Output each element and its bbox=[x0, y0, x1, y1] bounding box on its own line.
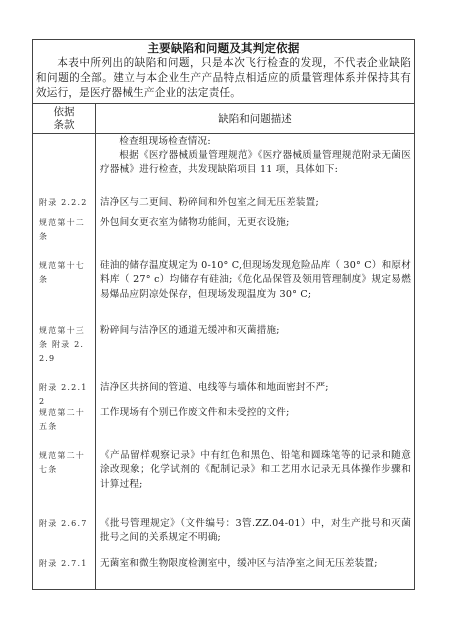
row-description: 粉碎间与洁净区的通道无缓冲和灭菌措施; bbox=[100, 324, 411, 338]
row-description: 无菌室和微生物限度检测室中，缓冲区与洁净室之间无压差装置; bbox=[100, 557, 411, 571]
row-clause: 规范第二十五条 bbox=[39, 406, 93, 434]
header-clause: 依据 条款 bbox=[33, 104, 95, 132]
intro-paragraph: 本表中所列出的缺陷和问题，只是本次飞行检查的发现，不代表企业缺陷和问题的全部。建… bbox=[33, 56, 414, 102]
row-description: 硅油的储存温度规定为 0-10° C,但现场发现危险品库（ 30° C）和原材料… bbox=[100, 259, 411, 302]
row-clause: 规范第二十七条 bbox=[39, 449, 93, 477]
intro-section: 主要缺陷和问题及其判定依据 本表中所列出的缺陷和问题，只是本次飞行检查的发现，不… bbox=[33, 40, 414, 104]
row-clause: 附录 2.2.2 bbox=[39, 196, 93, 210]
row-clause: 附录 2.2.12 bbox=[39, 381, 93, 409]
findings-table: 主要缺陷和问题及其判定依据 本表中所列出的缺陷和问题，只是本次飞行检查的发现，不… bbox=[32, 39, 415, 590]
row-description: 《批号管理规定》（文件编号：3管.ZZ.04-01）中，对生产批号和灭菌批号之间… bbox=[100, 517, 411, 546]
row-description: 外包间女更衣室为储物功能间，无更衣设施; bbox=[100, 216, 411, 230]
row-clause: 附录 2.7.1 bbox=[39, 557, 93, 571]
row-clause: 附录 2.6.7 bbox=[39, 517, 93, 531]
row-clause: 规范第十二条 bbox=[39, 216, 93, 244]
column-divider bbox=[95, 104, 96, 590]
row-clause: 规范第十七条 bbox=[39, 259, 93, 287]
table-header-row: 依据 条款 缺陷和问题描述 bbox=[33, 104, 414, 134]
row-description: 《产品留样观察记录》中有红色和黑色、铅笔和圆珠笔等的记录和随意涂改现象；化学试剂… bbox=[100, 449, 411, 492]
row-description: 工作现场有个别已作废文件和未受控的文件; bbox=[100, 406, 411, 420]
preamble-line1: 检查组现场检查情况: bbox=[100, 135, 411, 149]
row-description: 洁净区与二更间、粉碎间和外包室之间无压差装置; bbox=[100, 196, 411, 210]
row-clause: 规范第十三条 附录 2.2.9 bbox=[39, 324, 93, 366]
document-title: 主要缺陷和问题及其判定依据 bbox=[33, 41, 414, 56]
row-description: 洁净区共挤间的管道、电线等与墙体和地面密封不严; bbox=[100, 381, 411, 395]
preamble-line2: 根据《医疗器械质量管理规范》《医疗器械质量管理规范附录无菌医疗器械》进行检查，共… bbox=[100, 149, 411, 178]
header-clause-line1: 依据 bbox=[33, 106, 95, 119]
header-clause-line2: 条款 bbox=[33, 119, 95, 132]
header-description: 缺陷和问题描述 bbox=[96, 104, 414, 134]
